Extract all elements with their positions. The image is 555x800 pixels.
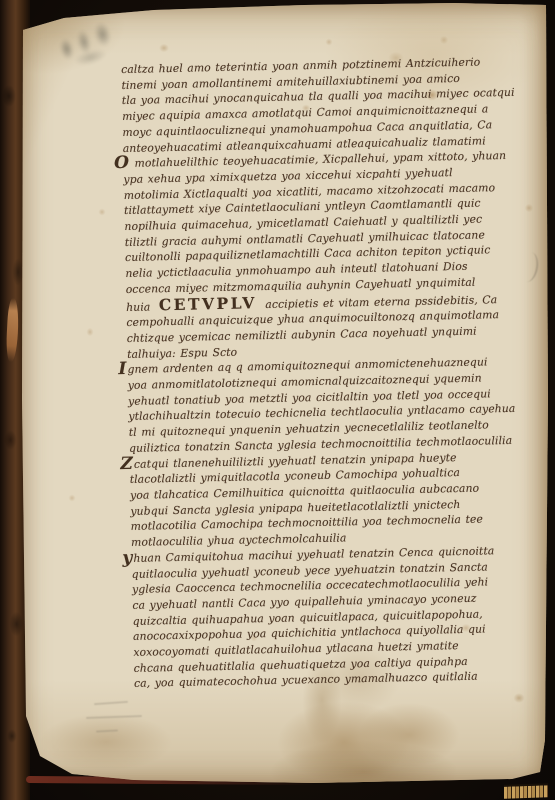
pencil-stroke: [96, 729, 118, 732]
initial-capital: I: [118, 359, 126, 379]
manuscript-lines: caltza huel amo teterintia yoan anmih po…: [121, 53, 552, 692]
text-block-fore-edge: [504, 783, 548, 799]
manuscript-page: caltza huel amo teterintia yoan anmih po…: [14, 0, 551, 790]
latin-quote-capitals: CETVPLV: [159, 293, 257, 314]
pencil-annotation: [86, 698, 150, 740]
initial-capital: Z: [120, 453, 133, 473]
initial-capital: O: [114, 153, 129, 173]
initial-capital: y: [122, 548, 132, 568]
pencil-stroke: [94, 701, 128, 705]
manuscript-photo: caltza huel amo teterintia yoan anmih po…: [0, 0, 555, 800]
pencil-stroke: [86, 715, 142, 719]
